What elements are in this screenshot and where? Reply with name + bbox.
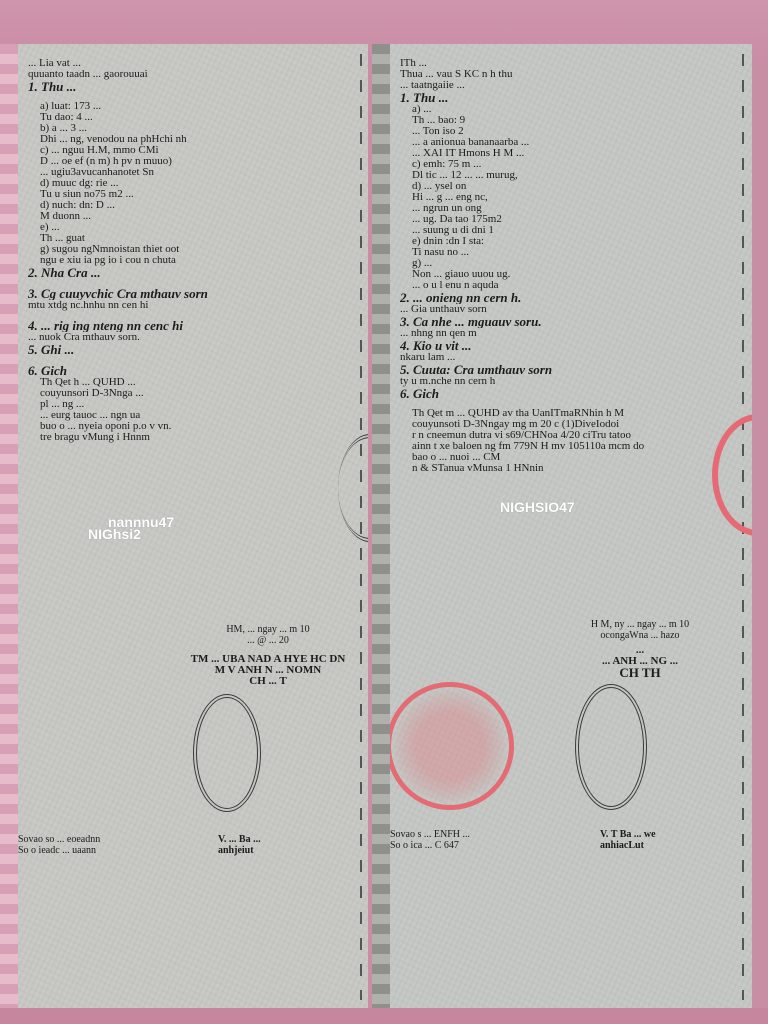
text-line: b) a ... 3 ... xyxy=(28,123,358,134)
text-line: Th ... guat xyxy=(28,233,358,244)
text-line: ... ngrun un ong xyxy=(400,203,742,214)
spacer xyxy=(28,93,358,101)
text-line: ty u m.nche nn cern h xyxy=(400,376,742,387)
signer-name: V. T Ba ... we anhiacLut xyxy=(600,829,656,851)
text-line: quuanto taadn ... gaorouuai xyxy=(28,69,358,80)
text-line: ... nhng nn qen m xyxy=(400,328,742,339)
signer-title: CH TH xyxy=(540,667,740,678)
text-line: Tu u siun no75 m2 ... xyxy=(28,189,358,200)
text-line: ngu e xiu ia pg io i cou n chuta xyxy=(28,255,358,266)
text-line: ... suung u di dni 1 xyxy=(400,225,742,236)
text-line: Hi ... g ... eng nc, xyxy=(400,192,742,203)
signer-line: anhjeiut xyxy=(218,845,261,856)
text-line: ... nuok Cra mthauv sorn. xyxy=(28,332,358,343)
text-line: n & STanua vMunsa 1 HNnin xyxy=(400,463,742,474)
section-heading: 4. ... rig ing nteng nn cenc hi xyxy=(28,319,358,332)
section-heading: 4. Kio u vit ... xyxy=(400,339,742,352)
section-heading: 6. Gich xyxy=(400,387,742,400)
text-line: buo o ... nyeia oponi p.o v vn. xyxy=(28,421,358,432)
section-heading: 5. Cuuta: Cra umthauv sorn xyxy=(400,363,742,376)
watermark-line: NIGHSIO47 xyxy=(500,499,575,515)
section-heading: 1. Thu ... xyxy=(28,80,358,93)
watermark-text: nannnu47 NIGhsi2 xyxy=(108,514,174,542)
text-line: Tu dao: 4 ... xyxy=(28,112,358,123)
text-line: couyunsori D-3Nnga ... xyxy=(28,388,358,399)
section-heading: 2. Nha Cra ... xyxy=(28,266,358,279)
red-seal-icon xyxy=(390,682,514,810)
official-seal-icon xyxy=(193,694,261,812)
text-line: ... Lia vat ... xyxy=(28,58,358,69)
text-line: nkaru lam ... xyxy=(400,352,742,363)
text-line: Dl tic ... 12 ... ... murug, xyxy=(400,170,742,181)
text-line: mtu xtdg nc.hnhu nn cen hi xyxy=(28,300,358,311)
text-line: ... taatngaiie ... xyxy=(400,80,742,91)
page-spine xyxy=(372,44,390,1010)
text-line: g) sugou ngNmnoistan thiet oot xyxy=(28,244,358,255)
text-line: Non ... giauo uuou ug. xyxy=(400,269,742,280)
official-seal-icon xyxy=(575,684,647,810)
left-document-page: ... Lia vat ...quuanto taadn ... gaorouu… xyxy=(18,44,368,1010)
text-line: pl ... ng ... xyxy=(28,399,358,410)
spacer xyxy=(28,311,358,319)
text-line: d) nuch: dn: D ... xyxy=(28,200,358,211)
registration-line: So o ieadc ... uaann xyxy=(18,845,100,856)
left-page-edge xyxy=(0,44,18,1010)
text-line: Ti nasu no ... xyxy=(400,247,742,258)
text-line: a) luat: 173 ... xyxy=(28,101,358,112)
text-line: D ... oe ef (n m) h pv n muuo) xyxy=(28,156,358,167)
text-line: ... o u l enu n aquda xyxy=(400,280,742,291)
section-heading: 5. Ghi ... xyxy=(28,343,358,356)
registration-line: So o ica ... C 647 xyxy=(390,840,470,851)
text-line: Th ... bao: 9 xyxy=(400,115,742,126)
text-line: d) muuc dg: rie ... xyxy=(28,178,358,189)
spacer xyxy=(400,400,742,408)
text-line: e) ... xyxy=(28,222,358,233)
text-line: ITh ... xyxy=(400,58,742,69)
text-line: couyunsoti D-3Nngay mg m 20 c (1)DiveIod… xyxy=(400,419,742,430)
registration-line: Sovao so ... eoeadnn xyxy=(18,834,100,845)
text-line: a) ... xyxy=(400,104,742,115)
right-document-page: ITh ...Thua ... vau S KC n h thu ... taa… xyxy=(390,44,752,1010)
text-line: tre bragu vMung i Hnnm xyxy=(28,432,358,443)
text-line: ... ug. Da tao 175m2 xyxy=(400,214,742,225)
background-surface-bottom xyxy=(0,1008,768,1024)
signer-line: V. ... Ba ... xyxy=(218,834,261,845)
partial-seal-icon xyxy=(338,434,368,542)
spacer xyxy=(28,279,358,287)
left-page-text: ... Lia vat ...quuanto taadn ... gaorouu… xyxy=(28,58,358,443)
section-heading: 3. Cg cuuyvchic Cra mthauv sorn xyxy=(28,287,358,300)
right-page-text: ITh ...Thua ... vau S KC n h thu ... taa… xyxy=(400,58,742,474)
date-line: H M, ny ... ngay ... m 10 xyxy=(540,619,740,630)
text-line: ... a anionua bananaarba ... xyxy=(400,137,742,148)
section-heading: 1. Thu ... xyxy=(400,91,742,104)
text-line: r n cneemun dutra vi s69/CHNoa 4/20 ciTr… xyxy=(400,430,742,441)
text-line: Th Qet h ... QUHD ... xyxy=(28,377,358,388)
text-line: ainn t xe baloen ng fm 779N H mv 105110a… xyxy=(400,441,742,452)
text-line: ... eurg tauoc ... ngn ua xyxy=(28,410,358,421)
text-line: ... ugiu3avucanhanotet Sn xyxy=(28,167,358,178)
signer-name: V. ... Ba ... anhjeiut xyxy=(218,834,261,856)
signature-block: HM, ... ngay ... m 10 ... @ ... 20 TM ..… xyxy=(168,624,368,687)
section-heading: 6. Gich xyxy=(28,364,358,377)
text-line: d) ... ysel on xyxy=(400,181,742,192)
text-line: ... Ton iso 2 xyxy=(400,126,742,137)
registration-line: Sovao s ... ENFH ... xyxy=(390,829,470,840)
registration-note: Sovao so ... eoeadnn So o ieadc ... uaan… xyxy=(18,834,100,856)
date-line: ... @ ... 20 xyxy=(168,635,368,646)
text-line: bao o ... nuoi ... CM xyxy=(400,452,742,463)
section-heading: 3. Ca nhe ... mguauv soru. xyxy=(400,315,742,328)
text-line: g) ... xyxy=(400,258,742,269)
text-line: c) ... nguu H.M, mmo CMi xyxy=(28,145,358,156)
text-line: e) dnin :dn I sta: xyxy=(400,236,742,247)
text-line: c) emh: 75 m ... xyxy=(400,159,742,170)
text-line: ... Gia unthauv sorn xyxy=(400,304,742,315)
date-line: ocongaWna ... hazo xyxy=(540,630,740,641)
signature-block: H M, ny ... ngay ... m 10 ocongaWna ... … xyxy=(540,619,740,678)
date-line: HM, ... ngay ... m 10 xyxy=(168,624,368,635)
text-line: Thua ... vau S KC n h thu xyxy=(400,69,742,80)
signer-title: CH ... T xyxy=(168,676,368,687)
spacer xyxy=(28,356,358,364)
text-line: M duonn ... xyxy=(28,211,358,222)
registration-note: Sovao s ... ENFH ... So o ica ... C 647 xyxy=(390,829,470,851)
text-line: Th Qet m ... QUHD av tha UanITmaRNhin h … xyxy=(400,408,742,419)
signer-line: anhiacLut xyxy=(600,840,656,851)
signer-line: V. T Ba ... we xyxy=(600,829,656,840)
section-heading: 2. ... onieng nn cern h. xyxy=(400,291,742,304)
text-line: Dhi ... ng, venodou na phHchi nh xyxy=(28,134,358,145)
text-line: ... XAI IT Hmons H M ... xyxy=(400,148,742,159)
watermark-text: NIGHSIO47 xyxy=(500,499,575,515)
